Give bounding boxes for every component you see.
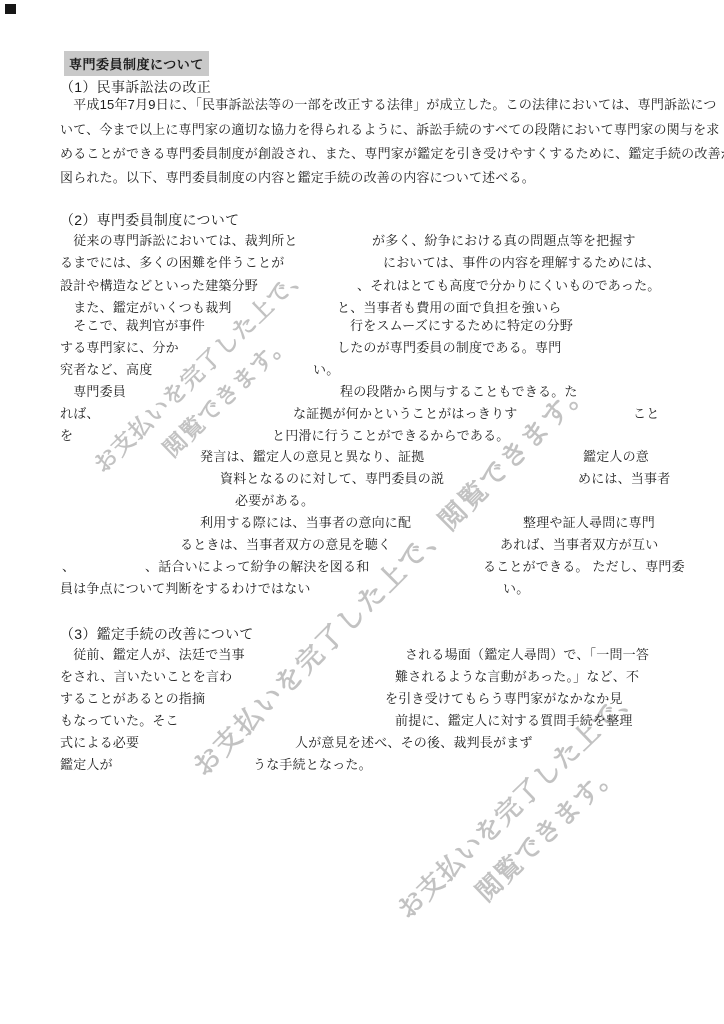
text-fragment: こと xyxy=(633,406,659,422)
text-fragment: れば、 xyxy=(60,406,100,422)
text-fragment: を xyxy=(60,428,73,444)
text-fragment: 従前、鑑定人が、法廷で当事 xyxy=(60,647,245,663)
text-fragment: そこで、裁判官が事件 xyxy=(60,318,205,334)
text-fragment: 利用する際には、当事者の意向に配 xyxy=(200,515,411,531)
text-fragment: るまでには、多くの困難を伴うことが xyxy=(60,255,284,271)
text-fragment: 式による必要 xyxy=(60,735,139,751)
text-fragment: 人が意見を述べ、その後、裁判長がまず xyxy=(295,735,533,751)
text-fragment: もなっていた。そこ xyxy=(60,713,179,729)
text-fragment: 、話合いによって紛争の解決を図る和 xyxy=(145,559,369,575)
text-fragment: 、 xyxy=(62,559,75,575)
text-fragment: 員は争点について判断をするわけではない xyxy=(60,581,311,597)
text-fragment: をされ、言いたいことを言わ xyxy=(60,669,232,685)
text-fragment: 従来の専門訴訟においては、裁判所と xyxy=(60,233,298,249)
text-fragment: うな手続となった。 xyxy=(253,757,372,773)
text-fragment: いて、今まで以上に専門家の適切な協力を得られるように、訴訟手続のすべての段階にお… xyxy=(60,122,719,138)
scan-artifact-square xyxy=(5,4,16,14)
text-fragment: したのが専門委員の制度である。専門 xyxy=(337,340,561,356)
text-fragment: 鑑定人が xyxy=(60,757,113,773)
text-fragment: 行をスムーズにするために特定の分野 xyxy=(350,318,573,334)
text-fragment: 必要がある。 xyxy=(235,493,314,509)
text-fragment: することがあるとの指摘 xyxy=(60,691,205,707)
text-fragment: い。 xyxy=(503,581,529,597)
text-fragment: 、それはとても高度で分かりにくいものであった。 xyxy=(357,278,660,294)
text-fragment: 整理や証人尋問に専門 xyxy=(523,515,655,531)
text-fragment: い。 xyxy=(313,362,339,378)
text-fragment: ることができる。 ただし、専門委 xyxy=(483,559,685,575)
text-fragment: あれば、当事者双方が互い xyxy=(500,537,658,553)
text-fragment: 設計や構造などといった建築分野 xyxy=(60,278,258,294)
text-fragment: においては、事件の内容を理解するためには、 xyxy=(383,255,660,271)
text-fragment: 資料となるのに対して、専門委員の説 xyxy=(220,471,444,487)
text-fragment: 図られた。以下、専門委員制度の内容と鑑定手続の改善の内容について述べる。 xyxy=(60,170,535,186)
text-fragment: 専門委員 xyxy=(60,384,126,400)
text-fragment: 究者など、高度 xyxy=(60,362,152,378)
text-fragment: を引き受けてもらう専門家がなかなか見 xyxy=(385,691,623,707)
text-fragment: と円滑に行うことができるからである。 xyxy=(272,428,509,444)
text-fragment: する専門家に、分か xyxy=(60,340,179,356)
text-fragment: される場面（鑑定人尋問）で、「一問一答 xyxy=(405,647,649,663)
text-fragment: が多く、紛争における真の問題点等を把握す xyxy=(372,233,636,249)
document-page: 専門委員制度について （1）民事訴訟法の改正 平成15年7月9日に、「民事訴訟法… xyxy=(0,0,724,1024)
section-heading-1: （1）民事訴訟法の改正 xyxy=(60,77,211,97)
text-fragment: めることができる専門委員制度が創設され、また、専門家が鑑定を引き受けやすくするた… xyxy=(60,146,724,162)
text-fragment: るときは、当事者双方の意見を聴く xyxy=(180,537,391,553)
text-fragment: また、鑑定がいくつも裁判 xyxy=(60,300,232,316)
text-fragment: な証拠が何かということがはっきりす xyxy=(293,406,517,422)
text-fragment: 鑑定人の意 xyxy=(583,449,649,465)
text-fragment: 前提に、鑑定人に対する質問手続を整理 xyxy=(395,713,633,729)
document-title: 専門委員制度について xyxy=(64,51,209,76)
section-heading-3: （3）鑑定手続の改善について xyxy=(60,624,254,644)
section-heading-2: （2）専門委員制度について xyxy=(60,210,239,230)
text-fragment: めには、当事者 xyxy=(578,471,670,487)
text-fragment: と、当事者も費用の面で負担を強いら xyxy=(337,300,561,316)
text-fragment: 難されるような言動があった。」など、不 xyxy=(395,669,639,685)
text-fragment: 程の段階から関与することもできる。た xyxy=(340,384,578,400)
text-fragment: 平成15年7月9日に、「民事訴訟法等の一部を改正する法律」が成立した。この法律に… xyxy=(60,97,717,113)
text-fragment: 発言は、鑑定人の意見と異なり、証拠 xyxy=(200,449,424,465)
